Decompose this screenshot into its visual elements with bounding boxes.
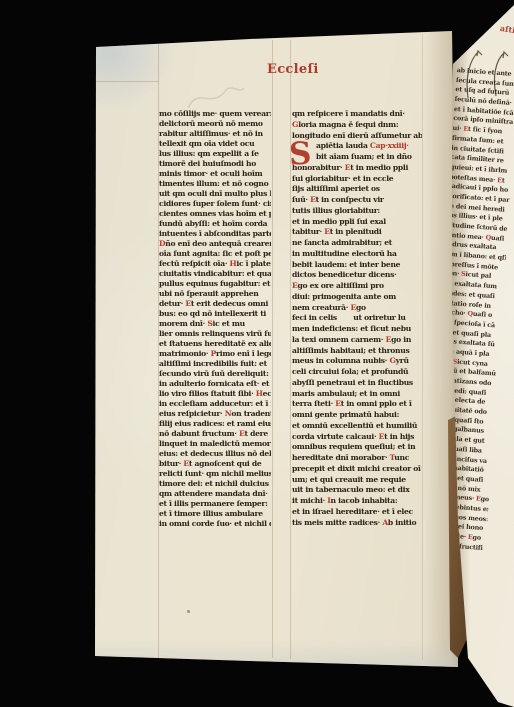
text-line: omni gente primatū habui:: [292, 410, 422, 421]
text-line: altiſſimi incredibilis fuit: et: [159, 359, 271, 369]
text-line: abyſſi penetraui et in fluctibus: [292, 378, 422, 389]
text-line: diui: primogenita ante om: [292, 292, 422, 303]
text-column-left: mo cōſilijs me· quem verear:delictorū me…: [159, 109, 271, 533]
text-line: ſecundo virū ſuū dereliquit: tercio: [159, 369, 271, 379]
text-line: tutis illius gloriabitur:: [292, 206, 422, 217]
running-header: Eccleſi: [267, 62, 319, 77]
text-line: oīa ſunt agnita: ſic et poſt per: [159, 249, 271, 259]
text-line: lio viro filios ſtatuit ſibi· Hec: [159, 389, 271, 399]
text-line: precepit et dixit michi creator oī: [292, 464, 422, 475]
text-line: in adulterio fornicata eſt· et ex a: [159, 379, 271, 389]
text-line: nem creaturā· Ego: [292, 303, 422, 314]
ruling-line-intercolumn-left: [272, 40, 273, 658]
text-line: rabitur altiſſimus· et nō in: [159, 129, 271, 139]
text-line: nō dabunt fructum· Et dere: [159, 429, 271, 439]
text-line: in omni corde ſuo· et nichil dulcius: [159, 519, 271, 529]
text-line: corda virtute calcaui· Et in hijs: [292, 432, 422, 443]
text-line: it michi· In iacob inhabita:: [292, 496, 422, 507]
text-line: uit qm oculi dnī multo plus lu: [159, 189, 271, 199]
text-line: et omniū excellentiū et humiliū: [292, 421, 422, 432]
text-line: dictos benedicetur dicens·: [292, 270, 422, 281]
text-line: in eccleſiam adducetur: et ī filios: [159, 399, 271, 409]
text-column-right: qm reſpicere ī mandatis dnī·Gloria magna…: [292, 109, 422, 531]
text-line: la texi omnem carnem· Ego in: [292, 335, 422, 346]
text-line: qm attendere mandata dnī·: [159, 489, 271, 499]
ruling-line-intercolumn-right: [290, 40, 291, 659]
text-line: ne ſancta admirabitur; et: [292, 238, 422, 249]
text-line: uit in tabernaculo meo: et dix: [292, 485, 422, 496]
text-line: et ī illis permanere ſemper:: [159, 499, 271, 509]
text-line: feci in celis ut oriretur lu: [292, 313, 422, 324]
text-line: qm reſpicere ī mandatis dnī·: [292, 109, 422, 120]
text-line: eius reſpicietur· Non tradent: [159, 409, 271, 419]
text-line: fundū abyſſi: et hoīm corda: [159, 219, 271, 229]
text-line: tabitur· Et in plenitudi: [292, 227, 422, 238]
text-line: terra ſteti· Et in omni pplo et ī: [292, 399, 422, 410]
parchment-discoloration: [95, 40, 175, 110]
text-line: maris ambulaui; et in omni: [292, 389, 422, 400]
text-line: altiſſimis habitaui; et thronus: [292, 346, 422, 357]
text-line: et in medio ppli ſui exal: [292, 217, 422, 228]
text-line: mo cōſilijs me· quem verear:: [159, 109, 271, 119]
text-line: Dño enī deo antequā crearentur: [159, 239, 271, 249]
text-line: detur· Et erit dedecus omni: [159, 299, 271, 309]
text-line: relicti ſunt· qm nichil melius ē: [159, 469, 271, 479]
text-line: fectū reſpicit oīa· Hic ī plateis: [159, 259, 271, 269]
text-line: delictorū meorū nō memo: [159, 119, 271, 129]
text-line: ſui gloriabitur· et in eccle: [292, 174, 422, 185]
text-line: timore dei: et nichil dulcius: [159, 479, 271, 489]
manuscript-page: Eccleſi mo cōſilijs me· quem verear:deli…: [0, 0, 514, 707]
text-line: et ſtatuens hereditatē ex alieno: [159, 339, 271, 349]
text-line: intuentes ī abſconditas partes·: [159, 229, 271, 239]
text-line: pullus equinus fugabitur: et: [159, 279, 271, 289]
text-line: ſijs altiſſimi aperiet os: [292, 184, 422, 195]
ink-speck: [187, 610, 190, 613]
next-leaf-header-fragment: aſti: [499, 23, 514, 35]
text-line: minis timor· et oculi hoīm: [159, 169, 271, 179]
text-line: timorē dei huiuſmodi ho: [159, 159, 271, 169]
drop-cap-initial: S: [288, 138, 315, 173]
text-line: filij eius radices: et rami eius: [159, 419, 271, 429]
text-line: bitur· Et agnoſcent qui de: [159, 459, 271, 469]
text-line: omnibus requiem queſiui; et in: [292, 442, 422, 453]
text-line: linquet in maledictū memoria: [159, 439, 271, 449]
text-line: meus in columna nubis· Gyrū: [292, 356, 422, 367]
text-line: celi circuiui ſola; et profundū: [292, 367, 422, 378]
text-line: um; et qui creauit me requie: [292, 475, 422, 486]
text-line: lier omnis relinquens virū ſuū:: [159, 329, 271, 339]
text-line: cidiores ſuper ſolem ſunt· circūſpi: [159, 199, 271, 209]
text-line: bebit laudem: et inter bene: [292, 260, 422, 271]
ruling-line-top-margin: [95, 81, 159, 82]
text-line: timentes illum: et nō cogno: [159, 179, 271, 189]
photograph-black-background: Eccleſi mo cōſilijs me· quem verear:deli…: [0, 0, 514, 707]
text-line: ciuitatis vindicabitur: et quaſi: [159, 269, 271, 279]
text-line: bus: eo qd nō intellexerit ti: [159, 309, 271, 319]
text-line: et ī timore illius ambulare: [159, 509, 271, 519]
page-bottom-edge-sheen: [95, 640, 458, 667]
text-line: lus illius: qm expellit a ſe: [159, 149, 271, 159]
text-line: ubi nō ſperauit apprehen: [159, 289, 271, 299]
text-line: et in iſrael hereditare· et ī elec: [292, 507, 422, 518]
text-line: Gloria magna ē ſequi dnm:: [292, 120, 422, 131]
text-line: morem dnī· Sic et mu: [159, 319, 271, 329]
text-line: hereditate dnī morabor· Tunc: [292, 453, 422, 464]
ruling-line-right: [422, 34, 423, 660]
text-line: men indeficiens: et ſicut nebu: [292, 324, 422, 335]
text-line: cientes omnes vias hoīm et pro: [159, 209, 271, 219]
text-line: in multitudine electorū ha: [292, 249, 422, 260]
text-line: ſuū· Et in conſpectu vir: [292, 195, 422, 206]
text-line: Ego ex ore altiſſimi pro: [292, 281, 422, 292]
text-line: tis meis mitte radices· Ab initio: [292, 518, 422, 529]
text-line: eius: et dedecus illius nō dele: [159, 449, 271, 459]
text-line: tellexit qm oīa videt ocu: [159, 139, 271, 149]
text-line: matrimonio· Primo enī ī lege: [159, 349, 271, 359]
